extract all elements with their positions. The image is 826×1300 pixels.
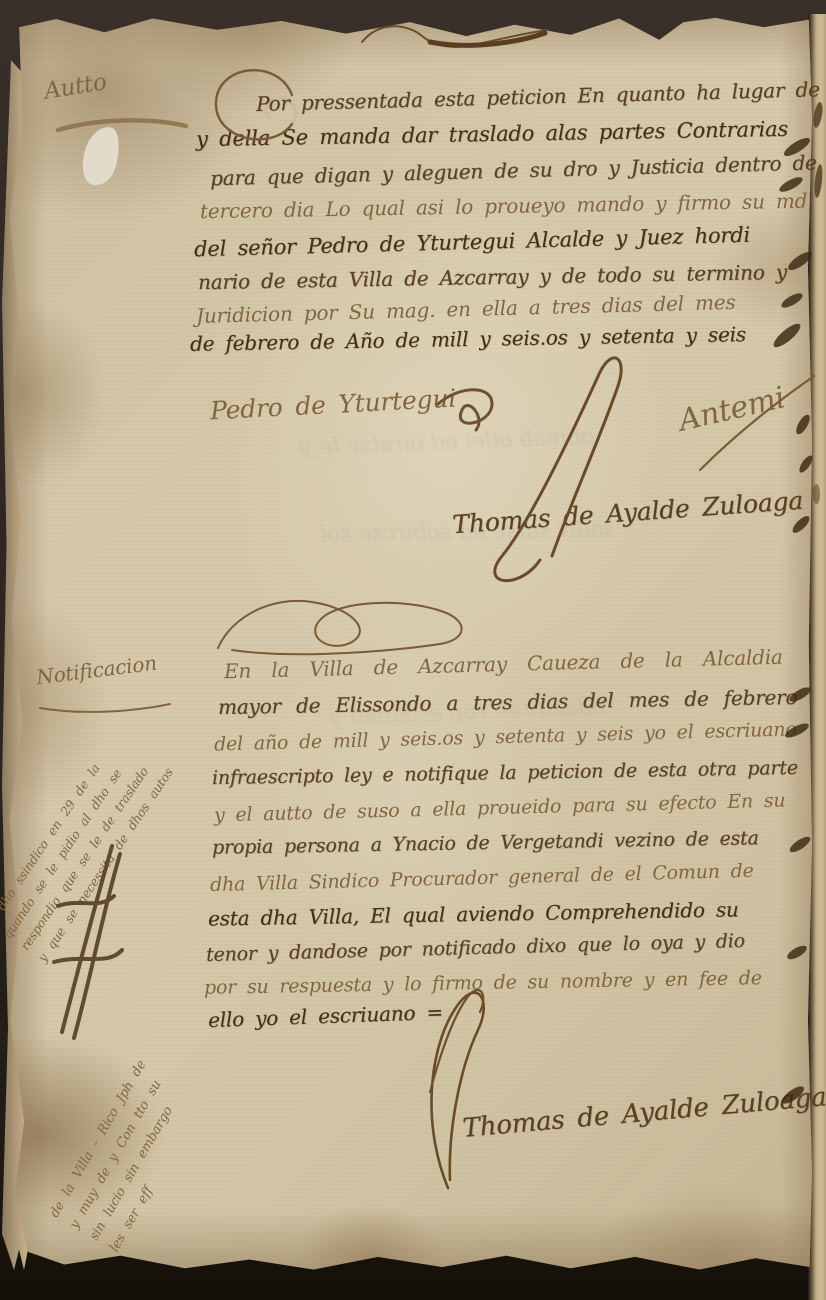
manuscript-photo: obmab ollei ed oiratse le y salliv satse…: [0, 0, 826, 1300]
ink-fragment: [812, 102, 824, 129]
ink-fragment: [813, 484, 820, 504]
